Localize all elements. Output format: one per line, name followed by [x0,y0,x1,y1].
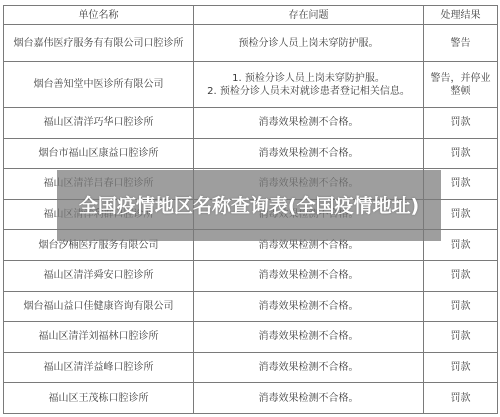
cell-result: 罚款 [424,108,498,139]
cell-unit-name: 福山区清洋益峰口腔诊所 [4,352,194,383]
cell-issue: 消毒效果检测不合格。 [194,260,424,291]
cell-issue: 预检分诊人员上岗未穿防护服。 [194,25,424,62]
cell-result: 罚款 [424,260,498,291]
issue-line: 2. 预检分诊人员未对就诊患者登记相关信息。 [196,85,421,98]
cell-unit-name: 烟台市福山区康益口腔诊所 [4,138,194,169]
cell-unit-name: 福山区王茂栋口腔诊所 [4,383,194,414]
cell-unit-name: 福山区清洋巧华口腔诊所 [4,108,194,139]
cell-result: 罚款 [424,352,498,383]
table-row: 福山区清洋舜安口腔诊所 消毒效果检测不合格。 罚款 [4,260,498,291]
cell-unit-name: 烟台嘉伟医疗服务有有限公司口腔诊所 [4,25,194,62]
cell-issue: 消毒效果检测不合格。 [194,108,424,139]
header-result: 处理结果 [424,6,498,25]
cell-issue: 消毒效果检测不合格。 [194,291,424,322]
cell-result: 警告 [424,25,498,62]
table-row: 烟台嘉伟医疗服务有有限公司口腔诊所 预检分诊人员上岗未穿防护服。 警告 [4,25,498,62]
table-row: 福山区清洋益峰口腔诊所 消毒效果检测不合格。 罚款 [4,352,498,383]
cell-unit-name: 烟台善知堂中医诊所有限公司 [4,62,194,108]
cell-result: 罚款 [424,322,498,353]
table-row: 福山区王茂栋口腔诊所 消毒效果检测不合格。 罚款 [4,383,498,414]
cell-unit-name: 福山区清洋刘福林口腔诊所 [4,322,194,353]
title-overlay-banner: 全国疫情地区名称查询表(全国疫情地址) [57,170,441,241]
table-row: 烟台市福山区康益口腔诊所 消毒效果检测不合格。 罚款 [4,138,498,169]
header-issue: 存在问题 [194,6,424,25]
cell-result: 罚款 [424,138,498,169]
cell-unit-name: 福山区清洋舜安口腔诊所 [4,260,194,291]
table-row: 福山区清洋刘福林口腔诊所 消毒效果检测不合格。 罚款 [4,322,498,353]
header-unit-name: 单位名称 [4,6,194,25]
cell-result: 罚款 [424,383,498,414]
issue-line: 预检分诊人员上岗未穿防护服。 [196,37,421,50]
table-row: 烟台善知堂中医诊所有限公司 1. 预检分诊人员上岗未穿防护服。 2. 预检分诊人… [4,62,498,108]
table-row: 福山区清洋巧华口腔诊所 消毒效果检测不合格。 罚款 [4,108,498,139]
cell-issue: 消毒效果检测不合格。 [194,138,424,169]
cell-unit-name: 烟台福山益口佳健康咨询有限公司 [4,291,194,322]
cell-issue: 1. 预检分诊人员上岗未穿防护服。 2. 预检分诊人员未对就诊患者登记相关信息。 [194,62,424,108]
cell-result: 罚款 [424,291,498,322]
overlay-title: 全国疫情地区名称查询表(全国疫情地址) [69,194,429,218]
table-row: 烟台福山益口佳健康咨询有限公司 消毒效果检测不合格。 罚款 [4,291,498,322]
cell-issue: 消毒效果检测不合格。 [194,352,424,383]
issue-line: 1. 预检分诊人员上岗未穿防护服。 [196,72,421,85]
cell-issue: 消毒效果检测不合格。 [194,383,424,414]
table-header-row: 单位名称 存在问题 处理结果 [4,6,498,25]
cell-result: 警告，并停业整顿 [424,62,498,108]
cell-issue: 消毒效果检测不合格。 [194,322,424,353]
